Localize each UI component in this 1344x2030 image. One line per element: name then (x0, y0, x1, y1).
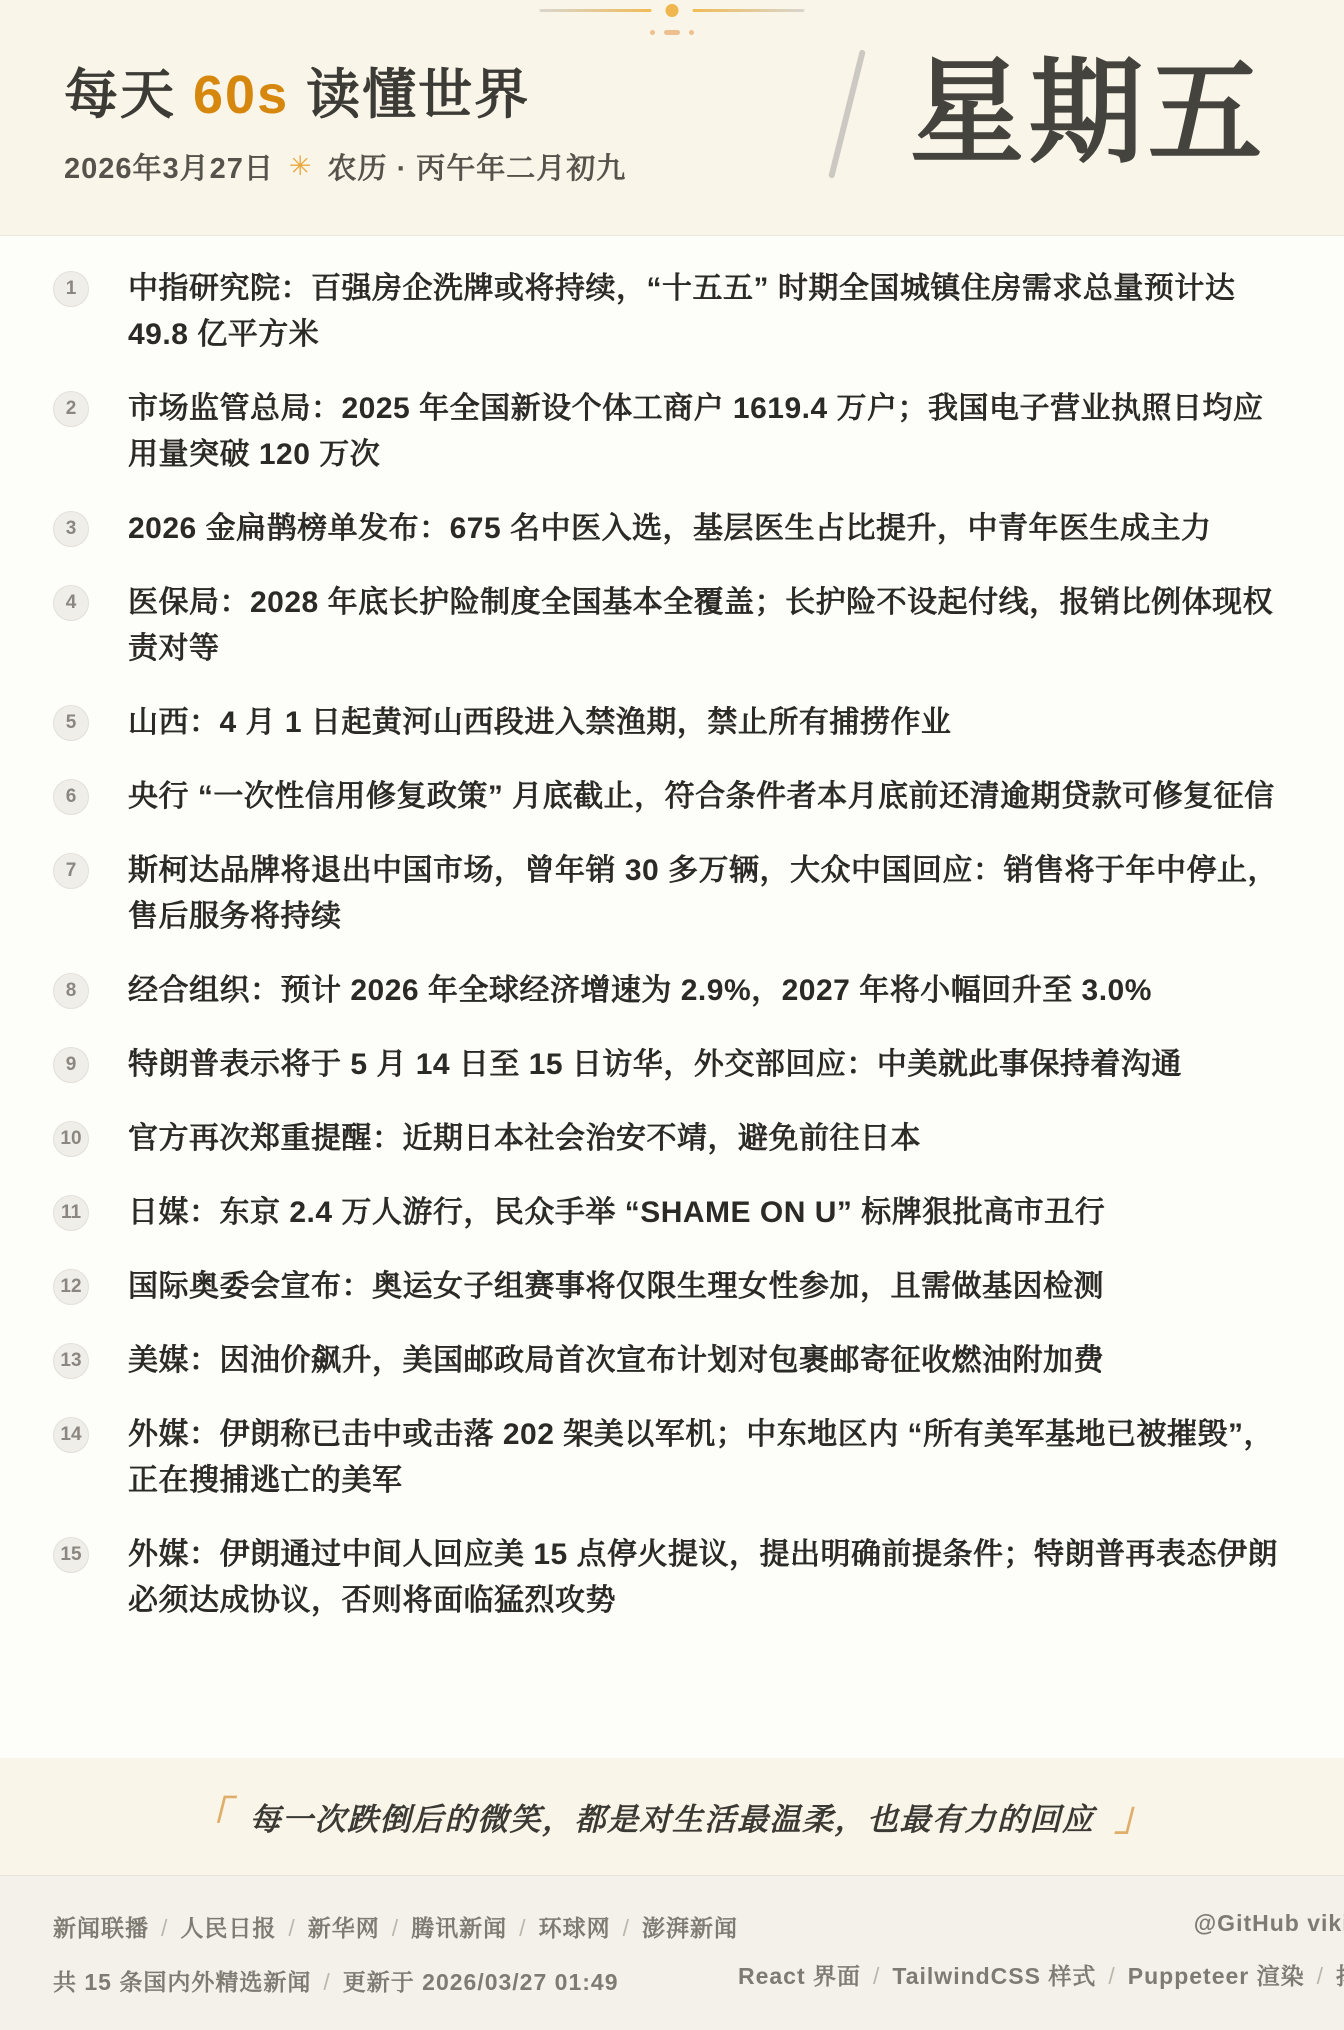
list-segment: 环球网 (539, 1915, 611, 1941)
slash-separator: / (323, 1969, 330, 1995)
news-item-number: 14 (53, 1417, 89, 1453)
news-list-card: 1中指研究院：百强房企洗牌或将持续，“十五五” 时期全国城镇住房需求总量预计达 … (0, 235, 1344, 1758)
news-item: 32026 金扁鹊榜单发布：675 名中医入选，基层医生占比提升，中青年医生成主… (53, 506, 1288, 552)
news-item-number: 8 (53, 973, 89, 1009)
title-accent: 60s (193, 65, 289, 125)
news-item-number: 9 (53, 1047, 89, 1083)
slash-separator: / (873, 1963, 880, 1989)
list-segment: 抖音美好体 (1336, 1963, 1344, 1989)
footer-right-column: @GitHub vikiboss/60s React 界面/TailwindCS… (738, 1910, 1344, 2030)
updated-time: 更新于 2026/03/27 01:49 (343, 1969, 619, 1995)
date-line: 2026年3月27日 ✳ 农历 · 丙午年二月初九 (64, 146, 626, 187)
list-segment: React 界面 (738, 1963, 861, 1989)
news-item-number: 3 (53, 511, 89, 547)
slash-separator: / (1317, 1963, 1324, 1989)
news-item: 10官方再次郑重提醒：近期日本社会治安不靖，避免前往日本 (53, 1116, 1288, 1162)
quote-section: 「 每一次跌倒后的微笑，都是对生活最温柔，也最有力的回应 」 (0, 1758, 1344, 1875)
header-title-block: 每天 60s 读懂世界 2026年3月27日 ✳ 农历 · 丙午年二月初九 (64, 64, 626, 187)
news-item-text: 央行 “一次性信用修复政策” 月底截止，符合条件者本月底前还清逾期贷款可修复征信 (128, 774, 1275, 820)
footer-summary-line: 共 15 条国内外精选新闻/更新于 2026/03/27 01:49 (53, 1964, 738, 1997)
news-sources: 新闻联播/人民日报/新华网/腾讯新闻/环球网/澎湃新闻 (53, 1910, 738, 1943)
list-segment: 人民日报 (180, 1915, 276, 1941)
header: 每天 60s 读懂世界 2026年3月27日 ✳ 农历 · 丙午年二月初九 星期… (0, 0, 1344, 235)
news-item: 14外媒：伊朗称已击中或击落 202 架美以军机；中东地区内 “所有美军基地已被… (53, 1412, 1288, 1504)
news-item: 4医保局：2028 年底长护险制度全国基本全覆盖；长护险不设起付线，报销比例体现… (53, 580, 1288, 672)
weekday-label: 星期五 (910, 54, 1267, 174)
footer: 新闻联播/人民日报/新华网/腾讯新闻/环球网/澎湃新闻 共 15 条国内外精选新… (0, 1875, 1344, 2030)
list-segment: 新闻联播 (53, 1915, 149, 1941)
title-prefix: 每天 (64, 65, 176, 125)
news-item-text: 山西：4 月 1 日起黄河山西段进入禁渔期，禁止所有捕捞作业 (128, 700, 951, 746)
divider-slash (828, 49, 866, 179)
news-item-number: 11 (53, 1195, 89, 1231)
news-item-text: 外媒：伊朗通过中间人回应美 15 点停火提议，提出明确前提条件；特朗普再表态伊朗… (128, 1532, 1288, 1624)
news-item-number: 5 (53, 705, 89, 741)
page-title: 每天 60s 读懂世界 (64, 64, 626, 126)
list-segment: TailwindCSS 样式 (892, 1963, 1096, 1989)
news-item-number: 15 (53, 1537, 89, 1573)
news-item: 13美媒：因油价飙升，美国邮政局首次宣布计划对包裹邮寄征收燃油附加费 (53, 1338, 1288, 1384)
news-item-text: 美媒：因油价飙升，美国邮政局首次宣布计划对包裹邮寄征收燃油附加费 (128, 1338, 1104, 1384)
list-segment: 腾讯新闻 (411, 1915, 507, 1941)
news-item-number: 4 (53, 585, 89, 621)
slash-separator: / (1108, 1963, 1115, 1989)
news-item-number: 12 (53, 1269, 89, 1305)
slash-separator: / (288, 1915, 295, 1941)
news-item-text: 日媒：东京 2.4 万人游行，民众手举 “SHAME ON U” 标牌狠批高市丑… (128, 1190, 1105, 1236)
news-item: 8经合组织：预计 2026 年全球经济增速为 2.9%，2027 年将小幅回升至… (53, 968, 1288, 1014)
list-segment: 新华网 (308, 1915, 380, 1941)
news-item-text: 官方再次郑重提醒：近期日本社会治安不靖，避免前往日本 (128, 1116, 921, 1162)
news-item: 11日媒：东京 2.4 万人游行，民众手举 “SHAME ON U” 标牌狠批高… (53, 1190, 1288, 1236)
news-item: 6央行 “一次性信用修复政策” 月底截止，符合条件者本月底前还清逾期贷款可修复征… (53, 774, 1288, 820)
news-list: 1中指研究院：百强房企洗牌或将持续，“十五五” 时期全国城镇住房需求总量预计达 … (53, 266, 1288, 1624)
flower-asterisk-icon: ✳ (289, 151, 313, 182)
news-item-number: 6 (53, 779, 89, 815)
news-item: 7斯柯达品牌将退出中国市场，曾年销 30 多万辆，大众中国回应：销售将于年中停止… (53, 848, 1288, 940)
news-item-number: 2 (53, 391, 89, 427)
news-count: 共 15 条国内外精选新闻 (53, 1969, 311, 1995)
news-item-number: 1 (53, 271, 89, 307)
news-item: 5山西：4 月 1 日起黄河山西段进入禁渔期，禁止所有捕捞作业 (53, 700, 1288, 746)
quote-open-bracket: 「 (190, 1797, 230, 1837)
news-item-text: 斯柯达品牌将退出中国市场，曾年销 30 多万辆，大众中国回应：销售将于年中停止，… (128, 848, 1288, 940)
news-item: 12国际奥委会宣布：奥运女子组赛事将仅限生理女性参加，且需做基因检测 (53, 1264, 1288, 1310)
list-segment: Puppeteer 渲染 (1128, 1963, 1305, 1989)
news-item-number: 7 (53, 853, 89, 889)
news-item-text: 外媒：伊朗称已击中或击落 202 架美以军机；中东地区内 “所有美军基地已被摧毁… (128, 1412, 1288, 1504)
news-item-text: 医保局：2028 年底长护险制度全国基本全覆盖；长护险不设起付线，报销比例体现权… (128, 580, 1288, 672)
news-item: 15外媒：伊朗通过中间人回应美 15 点停火提议，提出明确前提条件；特朗普再表态… (53, 1532, 1288, 1624)
slash-separator: / (519, 1915, 526, 1941)
news-item-text: 国际奥委会宣布：奥运女子组赛事将仅限生理女性参加，且需做基因检测 (128, 1264, 1104, 1310)
weekday-block: 星期五 (844, 48, 1267, 180)
news-item-text: 特朗普表示将于 5 月 14 日至 15 日访华，外交部回应：中美就此事保持着沟… (128, 1042, 1182, 1088)
list-segment: 澎湃新闻 (642, 1915, 738, 1941)
news-item-text: 市场监管总局：2025 年全国新设个体工商户 1619.4 万户；我国电子营业执… (128, 386, 1288, 478)
news-item-text: 2026 金扁鹊榜单发布：675 名中医入选，基层医生占比提升，中青年医生成主力 (128, 506, 1211, 552)
news-item-number: 13 (53, 1343, 89, 1379)
news-item-text: 经合组织：预计 2026 年全球经济增速为 2.9%，2027 年将小幅回升至 … (128, 968, 1152, 1014)
quote-close-bracket: 」 (1115, 1797, 1155, 1837)
quote-text: 每一次跌倒后的微笑，都是对生活最温柔，也最有力的回应 (250, 1794, 1095, 1839)
footer-left-column: 新闻联播/人民日报/新华网/腾讯新闻/环球网/澎湃新闻 共 15 条国内外精选新… (53, 1910, 738, 2030)
tech-credits: React 界面/TailwindCSS 样式/Puppeteer 渲染/抖音美… (738, 1958, 1344, 1991)
news-item-number: 10 (53, 1121, 89, 1157)
news-item: 2市场监管总局：2025 年全国新设个体工商户 1619.4 万户；我国电子营业… (53, 386, 1288, 478)
news-item: 9特朗普表示将于 5 月 14 日至 15 日访华，外交部回应：中美就此事保持着… (53, 1042, 1288, 1088)
slash-separator: / (392, 1915, 399, 1941)
title-suffix: 读懂世界 (306, 65, 530, 125)
slash-separator: / (623, 1915, 630, 1941)
gregorian-date: 2026年3月27日 (64, 146, 274, 187)
news-item: 1中指研究院：百强房企洗牌或将持续，“十五五” 时期全国城镇住房需求总量预计达 … (53, 266, 1288, 358)
github-attribution[interactable]: @GitHub vikiboss/60s (738, 1910, 1344, 1937)
lunar-date: 农历 · 丙午年二月初九 (328, 146, 627, 187)
news-item-text: 中指研究院：百强房企洗牌或将持续，“十五五” 时期全国城镇住房需求总量预计达 4… (128, 266, 1288, 358)
slash-separator: / (161, 1915, 168, 1941)
